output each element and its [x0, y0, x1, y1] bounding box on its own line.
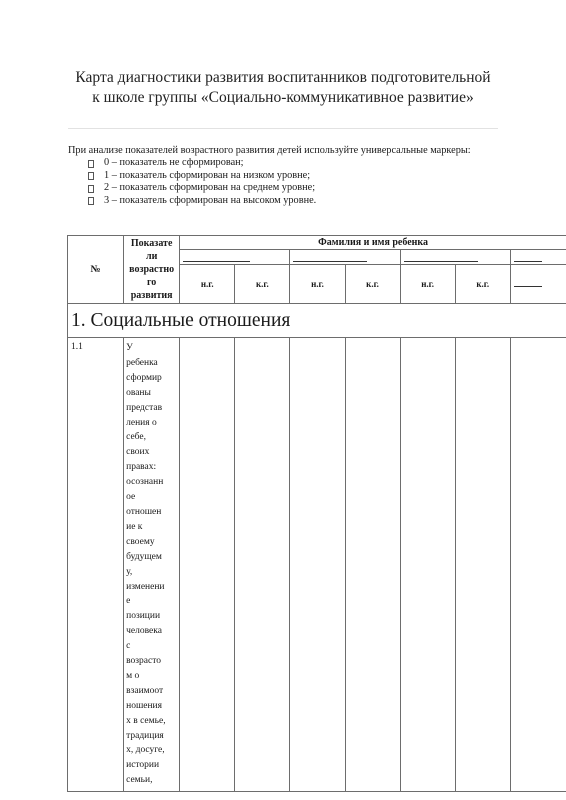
header-indicator: Показате ли возрастно го развития [124, 236, 180, 304]
marker-item: 1 – показатель сформирован на низком уро… [88, 170, 488, 183]
item-indicator-text: У ребенка сформир ованы представ ления о… [124, 338, 180, 792]
period-end-1: к.г. [235, 264, 290, 303]
checkbox-bullet-icon [88, 185, 94, 193]
table-row: 1.1 У ребенка сформир ованы представ лен… [68, 338, 566, 792]
score-cell[interactable] [400, 338, 455, 792]
name-underline [293, 261, 367, 262]
child-name-field-4[interactable] [510, 250, 566, 264]
score-cell[interactable] [180, 338, 235, 792]
marker-text: 3 – показатель сформирован на высоком ур… [104, 195, 316, 207]
period-end-2: к.г. [345, 264, 400, 303]
name-underline [514, 286, 542, 287]
period-start-2: н.г. [290, 264, 345, 303]
diagnostics-table: № Показате ли возрастно го развития Фами… [67, 235, 566, 792]
title-line-1: Карта диагностики развития воспитанников… [40, 68, 526, 88]
score-cell[interactable] [455, 338, 510, 792]
header-number: № [68, 236, 124, 304]
checkbox-bullet-icon [88, 172, 94, 180]
marker-text: 0 – показатель не сформирован; [104, 157, 244, 169]
period-start-3: н.г. [400, 264, 455, 303]
marker-text: 2 – показатель сформирован на среднем ур… [104, 182, 315, 194]
document-title: Карта диагностики развития воспитанников… [40, 68, 526, 108]
markers-list: 0 – показатель не сформирован; 1 – показ… [68, 157, 488, 207]
header-child-name: Фамилия и имя ребенка [180, 236, 566, 250]
horizontal-divider [68, 128, 498, 129]
period-field-4[interactable] [510, 264, 566, 303]
section-row: 1. Социальные отношения [68, 304, 566, 338]
title-line-2: к школе группы «Социально-коммуникативно… [40, 88, 526, 108]
marker-item: 2 – показатель сформирован на среднем ур… [88, 182, 488, 195]
score-cell[interactable] [290, 338, 345, 792]
section-title: 1. Социальные отношения [68, 304, 566, 338]
name-underline [514, 261, 542, 262]
score-cell[interactable] [345, 338, 400, 792]
name-underline [404, 261, 478, 262]
marker-item: 3 – показатель сформирован на высоком ур… [88, 195, 488, 208]
marker-text: 1 – показатель сформирован на низком уро… [104, 170, 310, 182]
score-cell[interactable] [510, 338, 566, 792]
child-name-field-2[interactable] [290, 250, 400, 264]
marker-item: 0 – показатель не сформирован; [88, 157, 488, 170]
period-start-1: н.г. [180, 264, 235, 303]
checkbox-bullet-icon [88, 197, 94, 205]
child-name-field-1[interactable] [180, 250, 290, 264]
item-number: 1.1 [68, 338, 124, 792]
period-end-3: к.г. [455, 264, 510, 303]
score-cell[interactable] [235, 338, 290, 792]
child-name-field-3[interactable] [400, 250, 510, 264]
instructions-text: При анализе показателей возрастного разв… [68, 145, 488, 157]
instructions-block: При анализе показателей возрастного разв… [68, 145, 488, 207]
name-underline [183, 261, 250, 262]
header-row: № Показате ли возрастно го развития Фами… [68, 236, 566, 250]
checkbox-bullet-icon [88, 160, 94, 168]
